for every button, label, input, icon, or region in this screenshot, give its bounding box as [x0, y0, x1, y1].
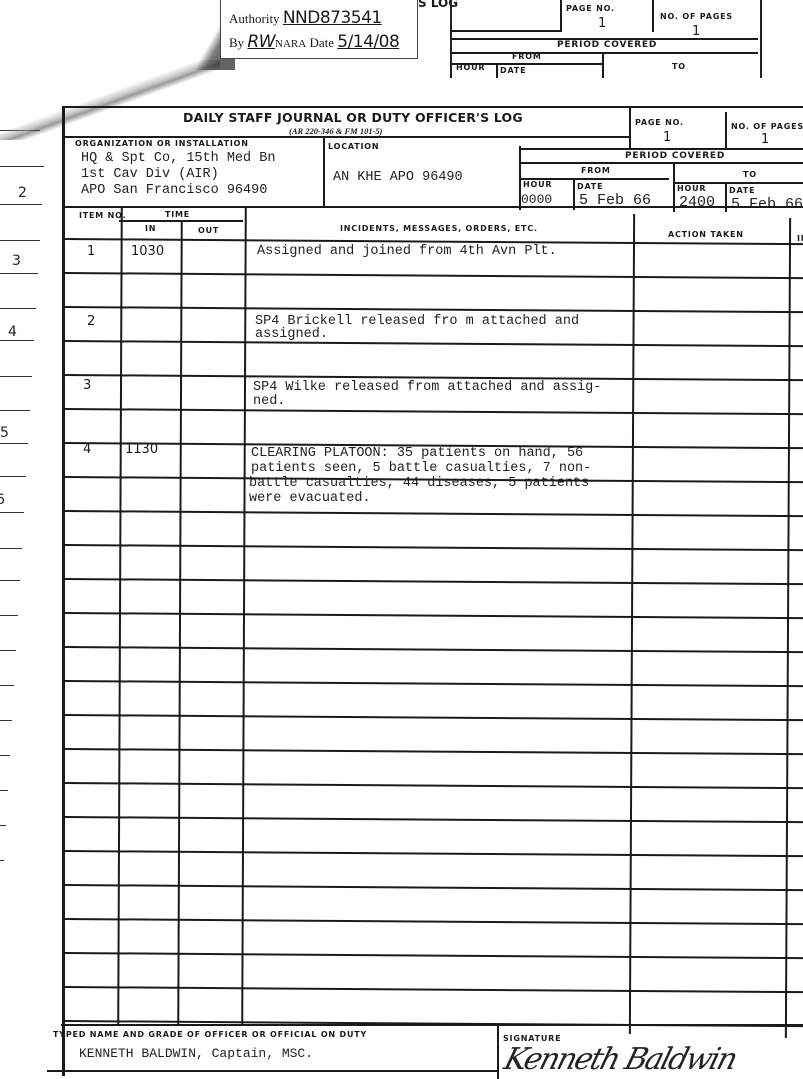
- total-pages: 1: [761, 132, 769, 147]
- to-hour: 2400: [679, 194, 715, 211]
- authority-number: NND873541: [283, 8, 382, 28]
- time-in: 1130: [125, 442, 158, 457]
- time-in: 1030: [131, 244, 164, 259]
- duty-officer-log-form: DAILY STAFF JOURNAL OR DUTY OFFICER'S LO…: [62, 106, 803, 1076]
- entry-text: SP4 Wilke released from attached and ass…: [253, 380, 601, 395]
- stamp-date: 5/14/08: [337, 32, 399, 52]
- from-hour: 0000: [521, 192, 552, 207]
- officer-name: KENNETH BALDWIN, Captain, MSC.: [79, 1046, 313, 1061]
- item-number: 3: [83, 378, 91, 393]
- prev-item-number: 5: [0, 425, 9, 441]
- item-number: 2: [87, 314, 95, 329]
- item-number: 4: [83, 442, 91, 457]
- entry-text: Assigned and joined from 4th Avn Plt.: [257, 244, 557, 259]
- form-title: DAILY STAFF JOURNAL OR DUTY OFFICER'S LO…: [183, 110, 523, 125]
- back-sheet-header: PAGE NO. 1 NO. OF PAGES 1 PERIOD COVERED…: [450, 0, 762, 78]
- officer-signature: Kenneth Baldwin: [500, 1042, 739, 1077]
- item-number: 1: [87, 244, 95, 259]
- reviewer-initials: RW: [247, 32, 275, 52]
- declassification-stamp: Authority NND873541 By RWNARA Date 5/14/…: [220, 0, 418, 59]
- form-subtitle: (AR 220-346 & FM 101-5): [289, 126, 383, 136]
- prev-item-number: 6: [0, 492, 5, 508]
- prev-item-number: 2: [18, 185, 27, 201]
- location-value: AN KHE APO 96490: [333, 170, 463, 185]
- entry-text: CLEARING PLATOON: 35 patients on hand, 5…: [251, 446, 583, 461]
- entry-text: ned.: [253, 394, 285, 409]
- page-number: 1: [663, 130, 671, 145]
- entry-text: patients seen, 5 battle casualties, 7 no…: [251, 461, 591, 476]
- to-date: 5 Feb 66: [731, 196, 803, 213]
- entry-text: assigned.: [255, 327, 328, 342]
- entry-text: were evacuated.: [249, 491, 371, 506]
- prev-item-number: 3: [12, 253, 21, 269]
- prev-item-number: 4: [8, 324, 17, 340]
- previous-sheet-strip: 2 3 4 5 6: [0, 130, 46, 910]
- organization-line: APO San Francisco 96490: [81, 183, 267, 198]
- organization-line: HQ & Spt Co, 15th Med Bn: [81, 151, 275, 166]
- entry-text: battle casualties, 44 diseases, 5 patien…: [249, 476, 589, 491]
- organization-line: 1st Cav Div (AIR): [81, 167, 219, 182]
